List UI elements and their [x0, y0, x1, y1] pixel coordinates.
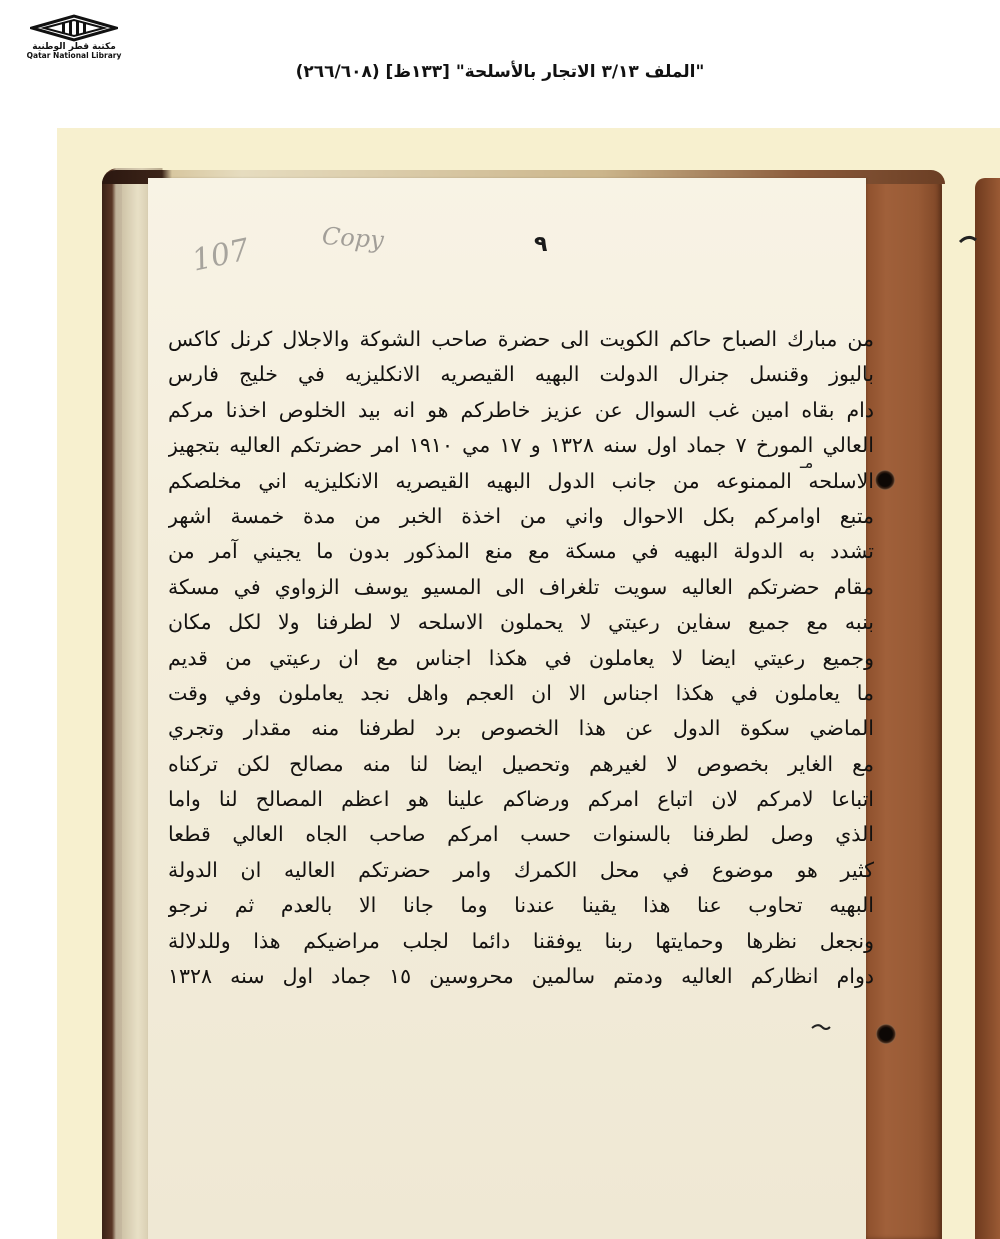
manuscript-line: الاسلحه الممنوعه من جانب الدول البهيه ال…	[168, 464, 874, 499]
manuscript-line: من مبارك الصباح حاكم الكويت الى حضرة صاح…	[168, 322, 874, 357]
manuscript-line: البهيه تحاوب عنا هذا يقينا عندنا وما جان…	[168, 888, 874, 923]
manuscript-line: دوام انظاركم العاليه ودمتم سالمين محروسي…	[168, 959, 874, 994]
logo-name-english: Qatar National Library	[22, 52, 126, 60]
binder-fastener-icon	[958, 234, 980, 246]
paper-tear-icon	[810, 1022, 832, 1034]
manuscript-line: اتباعا لامركم لان اتباع امركم ورضاكم علي…	[168, 782, 874, 817]
manuscript-line: متبع اوامركم بكل الاحوال واني من اخذة ال…	[168, 499, 874, 534]
manuscript-line: الماضي سكوة الدول عن هذا الخصوص برد لطرف…	[168, 711, 874, 746]
manuscript-line: الذي وصل لطرفنا بالسنوات حسب امركم صاحب …	[168, 817, 874, 852]
manuscript-line: كثير هو موضوع في محل الكمرك وامر حضرتكم …	[168, 853, 874, 888]
binder-board-right	[862, 172, 942, 1239]
manuscript-line: ما يعاملون في هكذا اجناس الا ان العجم وا…	[168, 676, 874, 711]
manuscript-line: ونجعل نظرها وحمايتها ربنا يوفقنا دائما ل…	[168, 924, 874, 959]
document-title: "الملف ٣/١٣ الاتجار بالأسلحة" [١٣٣ظ] (٢٦…	[0, 62, 1000, 82]
manuscript-line: تشدد به الدولة البهيه في مسكة مع منع الم…	[168, 534, 874, 569]
punch-hole-icon	[875, 470, 895, 490]
manuscript-line: باليوز وقنسل جنرال الدولت البهيه القيصري…	[168, 357, 874, 392]
manuscript-line: مقام حضرتكم العاليه سويت تلغراف الى المس…	[168, 570, 874, 605]
manuscript-text: من مبارك الصباح حاكم الكويت الى حضرة صاح…	[168, 322, 874, 994]
adjacent-binder-edge	[975, 178, 1000, 1239]
manuscript-line: بنبه مع جميع سفاين رعيتي لا يحملون الاسل…	[168, 605, 874, 640]
qnl-logo-icon	[30, 14, 118, 42]
manuscript-line: مع الغاير بخصوص لا لغيرهم وتحصيل ايضا لن…	[168, 747, 874, 782]
pencil-copy-note: Copy	[321, 222, 385, 254]
manuscript-line: العالي المورخ ٧ جماد اول سنه ١٣٢٨ و ١٧ م…	[168, 428, 874, 463]
manuscript-line: وجميع رعيتي ايضا لا يعاملون في هكذا اجنا…	[168, 641, 874, 676]
page-number: ٩	[534, 232, 547, 257]
punch-hole-icon	[876, 1024, 896, 1044]
manuscript-line: دام بقاه امين غب السوال عن عزيز خاطركم ه…	[168, 393, 874, 428]
